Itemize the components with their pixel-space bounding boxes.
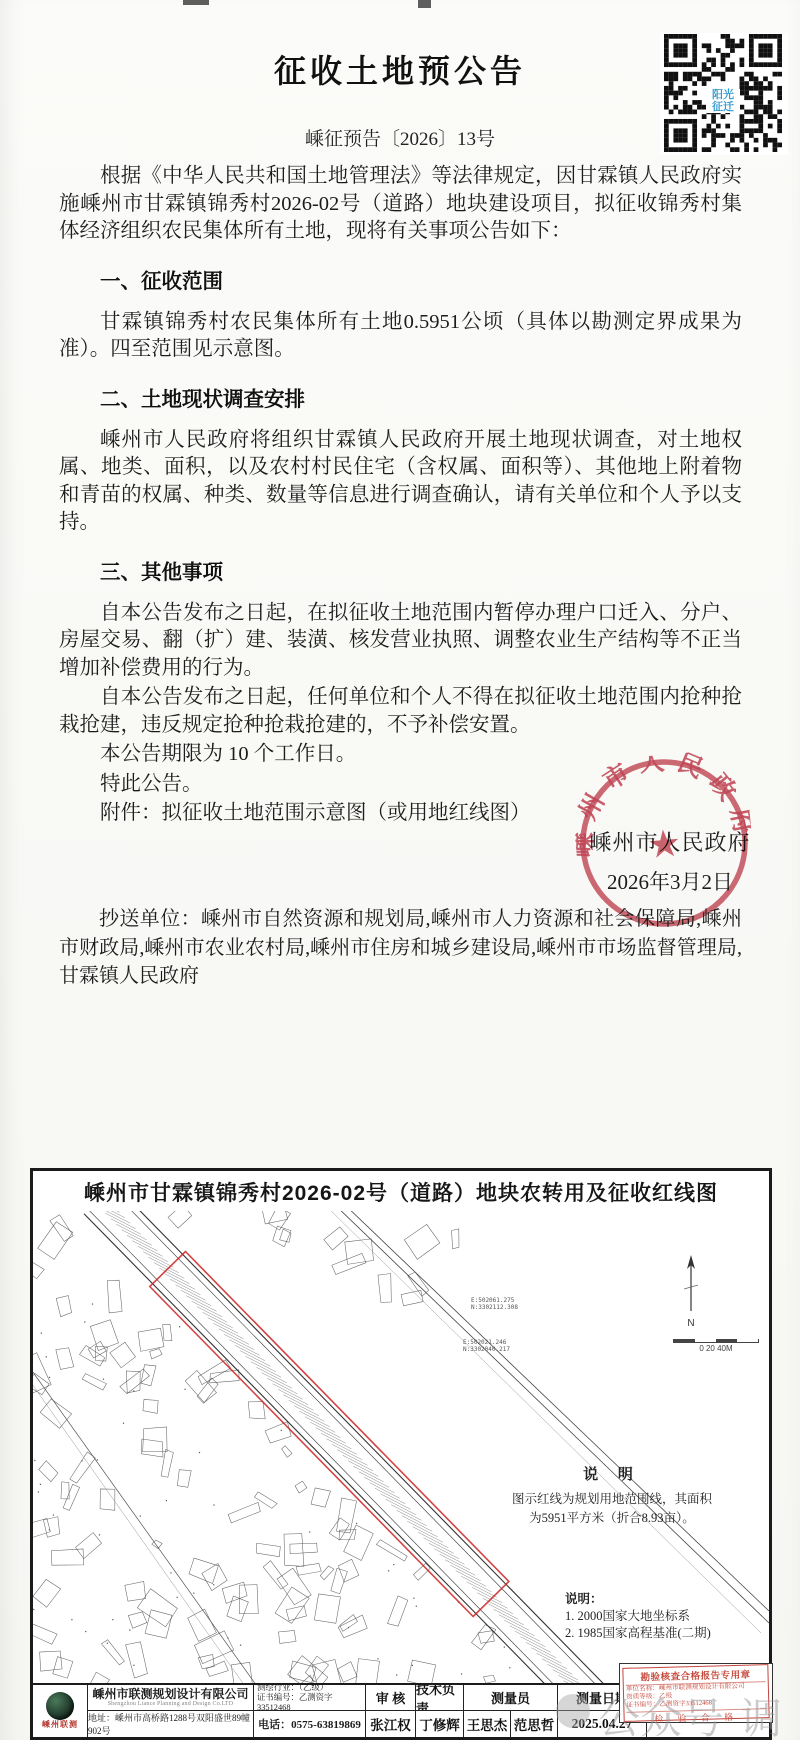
legend-title: 说明：: [565, 1591, 711, 1608]
map-title: 嵊州市甘霖镇锦秀村2026-02号（道路）地块农转用及征收红线图: [33, 1177, 769, 1207]
stamp-line5: 检 验 合 格: [626, 1708, 766, 1726]
qr-label-line1: 阳光: [706, 89, 740, 101]
certificate-cell: 测绘行业：（乙级） 证书编号：乙测资字33512468: [253, 1685, 365, 1710]
coord2-easting: E:502021.246: [463, 1339, 510, 1346]
legend-item-2: 2. 1985国家高程基准(二期): [565, 1625, 711, 1642]
cc-units-paragraph: 抄送单位：嵊州市自然资源和规划局,嵊州市人力资源和社会保障局,嵊州市财政局,嵊州…: [59, 905, 742, 991]
qr-label-line2: 征迁: [706, 101, 740, 113]
company-logo-icon: [46, 1692, 74, 1720]
surveyor-name-1: 王思杰: [463, 1710, 510, 1737]
scan-artifact: [183, 0, 209, 5]
north-label: N: [669, 1318, 713, 1329]
watermark-circle: [556, 1694, 590, 1728]
coordinate-label-1: E:502061.275 N:3302112.308: [471, 1297, 518, 1311]
company-name-en: Shengzhou Liance Planning and Design Co.…: [108, 1701, 234, 1707]
coordinate-label-2: E:502021.246 N:3302040.217: [463, 1339, 510, 1353]
company-name-cell: 嵊州市联测规划设计有限公司 Shengzhou Liance Planning …: [87, 1685, 253, 1710]
section-2-heading: 二、土地现状调查安排: [59, 386, 742, 413]
inspection-stamp: 勘验核查合格报告专用章 单位名称：嵊州市联测规划设计有限公司 资质等级：乙级 证…: [622, 1664, 769, 1722]
header-checker: 审 核: [365, 1685, 415, 1710]
section-3-paragraph-b: 自本公告发布之日起，任何单位和个人不得在拟征收土地范围内抢种抢栽抢建，违反规定抢…: [59, 684, 742, 739]
scale-bar-label: 0 20 40M: [699, 1344, 732, 1353]
legend-item-1: 1. 2000国家大地坐标系: [565, 1608, 711, 1625]
coord1-northing: N:3302112.308: [471, 1304, 518, 1311]
section-2-paragraph: 嵊州市人民政府将组织甘霖镇人民政府开展土地现状调查，对土地权属、地类、面积，以及…: [59, 427, 742, 537]
scanned-page: 征收土地预公告 阳光 征迁 嵊征预告〔2026〕13号 根据《中华人民共和国土地…: [0, 0, 800, 1740]
intro-paragraph: 根据《中华人民共和国土地管理法》等法律规定，因甘霖镇人民政府实施嵊州市甘霖镇锦秀…: [59, 163, 742, 246]
section-1-paragraph: 甘霖镇锦秀村农民集体所有土地0.5951公顷（具体以勘测定界成果为准）。四至范围…: [59, 309, 742, 364]
north-arrow-icon: N: [669, 1255, 713, 1329]
qr-center-label: 阳光 征迁: [706, 89, 740, 113]
company-name-cn: 嵊州市联测规划设计有限公司: [92, 1688, 248, 1701]
coord1-easting: E:502061.275: [471, 1297, 518, 1304]
address-cell: 地址：嵊州市高桥路1288号双阳盛世89幢902号: [87, 1710, 253, 1737]
coord2-northing: N:3302040.217: [463, 1346, 510, 1353]
surveyor-logo-cell: 嵊州联测: [33, 1685, 87, 1737]
industry-grade: 测绘行业：（乙级）: [257, 1685, 328, 1693]
scale-bar: 0 20 40M: [673, 1339, 759, 1353]
red-line-map-sheet: 嵊州市甘霖镇锦秀村2026-02号（道路）地块农转用及征收红线图 N 0 20 …: [30, 1168, 772, 1740]
map-note-block: 说 明 图示红线为规划用地范围线，其面积 为5951平方米（折合8.93亩）。: [469, 1463, 755, 1528]
document-number: 嵊征预告〔2026〕13号: [0, 124, 800, 151]
company-address: 地址：嵊州市高桥路1288号双阳盛世89幢902号: [88, 1711, 253, 1737]
company-logo-text: 嵊州联测: [42, 1721, 78, 1729]
map-note-title: 说 明: [469, 1463, 755, 1484]
checker-name: 张江权: [365, 1710, 415, 1737]
seal-star-icon: ★: [645, 823, 683, 868]
header-tech-lead: 技术负责: [415, 1685, 463, 1710]
header-surveyor: 测量员: [463, 1685, 557, 1710]
surveyor-name-2: 范思哲: [510, 1710, 557, 1737]
map-legend-block: 说明： 1. 2000国家大地坐标系 2. 1985国家高程基准(二期): [565, 1591, 711, 1642]
section-3-paragraph-a: 自本公告发布之日起，在拟征收土地范围内暂停办理户口迁入、分户、房屋交易、翻（扩）…: [59, 600, 742, 683]
certificate-number: 证书编号：乙测资字33512468: [257, 1693, 365, 1711]
section-1-heading: 一、征收范围: [59, 268, 742, 295]
scan-artifact: [418, 0, 431, 8]
section-3-heading: 三、其他事项: [59, 559, 742, 586]
map-note-line2: 为5951平方米（折合8.93亩）。: [469, 1509, 755, 1528]
scale-bar-graphic: [673, 1339, 759, 1343]
map-note-line1: 图示红线为规划用地范围线，其面积: [469, 1490, 755, 1509]
phone-cell: 电话：0575-63819869: [253, 1710, 365, 1737]
company-phone: 电话：0575-63819869: [258, 1716, 361, 1732]
inspection-stamp-box: 勘验核查合格报告专用章 单位名称：嵊州市联测规划设计有限公司 资质等级：乙级 证…: [619, 1663, 773, 1723]
tech-lead-name: 丁修辉: [415, 1710, 463, 1737]
document-body: 根据《中华人民共和国土地管理法》等法律规定，因甘霖镇人民政府实施嵊州市甘霖镇锦秀…: [59, 163, 742, 830]
